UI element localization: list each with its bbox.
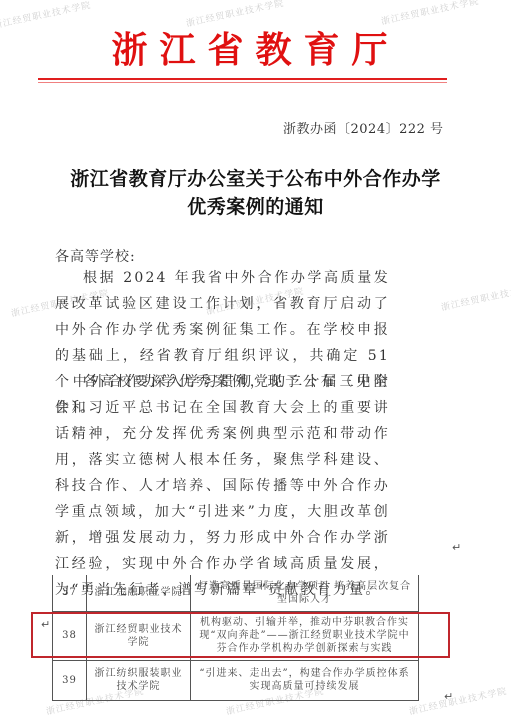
document-number: 浙教办函〔2024〕222 号 (283, 118, 444, 137)
masthead-rule-thin (38, 82, 447, 83)
school-name: 浙江金融职业学院 (87, 575, 191, 611)
table-row: 37 浙江金融职业学院 打造高质量国际化办学项目 培养高层次复合型国际人才 (53, 575, 419, 611)
watermark: 浙江经贸职业技术学院 (408, 684, 509, 718)
return-mark: ↵ (452, 541, 461, 554)
paragraph-2: 各高校要深入学习贯彻党的二十届三中全会和习近平总书记在全国教育大会上的重要讲话精… (55, 369, 390, 603)
masthead-rule (38, 78, 447, 80)
row-number: 37 (53, 575, 87, 611)
document-title-line1: 浙江省教育厅办公室关于公布中外合作办学 (0, 164, 511, 191)
table-row: 39 浙江纺织服装职业技术学院 “引进来、走出去”，构建合作办学质控体系实现高质… (53, 660, 419, 700)
document-title-line2: 优秀案例的通知 (0, 192, 511, 219)
case-title: 打造高质量国际化办学项目 培养高层次复合型国际人才 (191, 575, 419, 611)
watermark: 浙江经贸职业技术学院 (440, 280, 511, 314)
highlight-box (31, 612, 450, 658)
addressee: 各高等学校: (55, 246, 136, 266)
masthead: 浙江省教育厅 (0, 22, 511, 73)
case-title: “引进来、走出去”，构建合作办学质控体系实现高质量可持续发展 (191, 660, 419, 700)
row-number: 39 (53, 660, 87, 700)
school-name: 浙江纺织服装职业技术学院 (87, 660, 191, 700)
return-mark: ↵ (444, 690, 453, 703)
